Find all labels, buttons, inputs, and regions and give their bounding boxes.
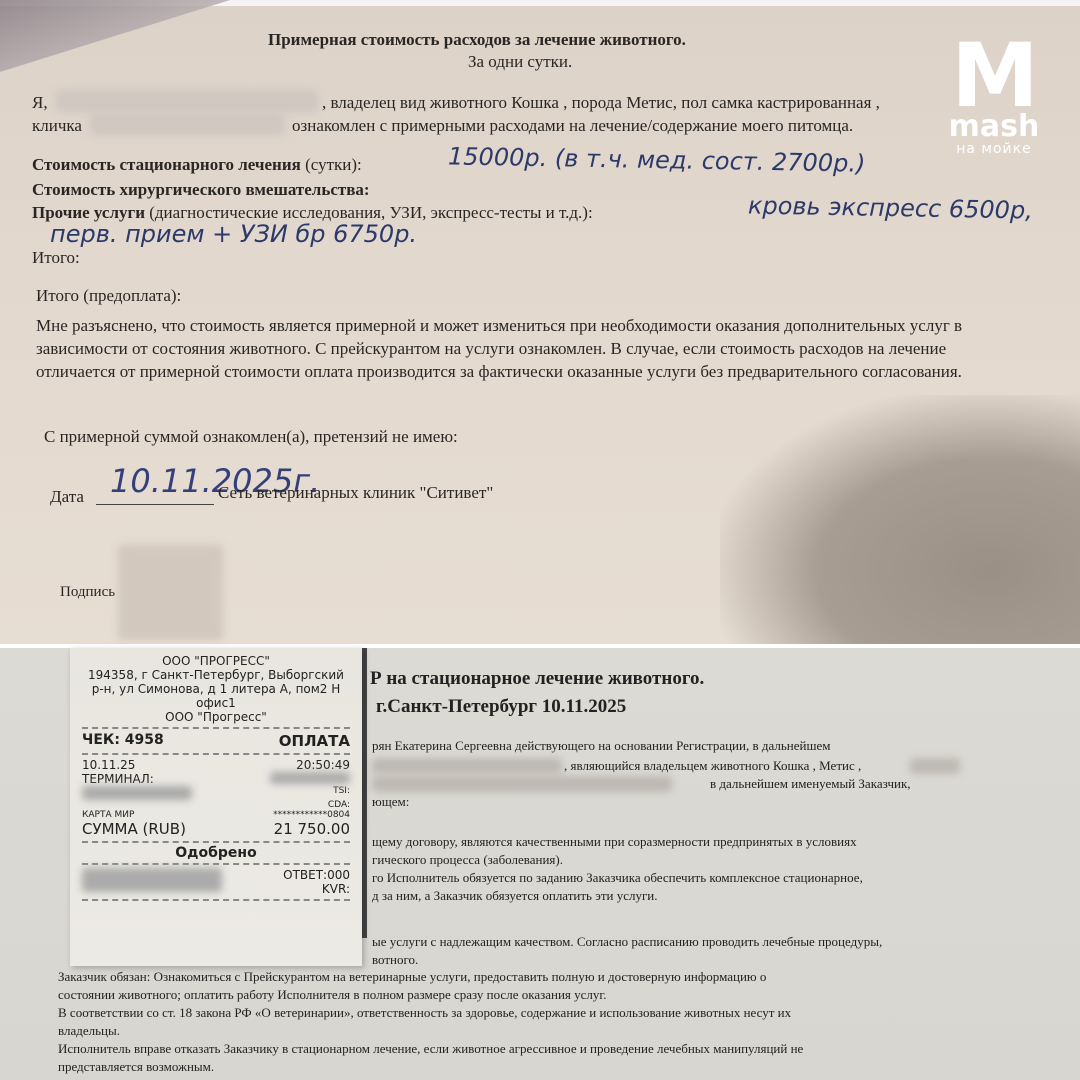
receipt-datetime-row: 10.11.25 20:50:49 <box>70 758 362 772</box>
contract-line: представляется возможным. <box>58 1059 214 1075</box>
card-label: КАРТА МИР <box>82 810 134 820</box>
owner-line: , владелец вид животного Кошка , порода … <box>322 93 880 113</box>
inpatient-handwritten: 15000р. (в т.ч. мед. сост. 2700р.) <box>448 142 866 177</box>
receipt-card-row: КАРТА МИР ************0804 <box>70 810 362 820</box>
contract-line: гического процесса (заболевания). <box>372 852 563 868</box>
receipt-tsi-row: TSI: <box>70 786 362 800</box>
mash-logo-icon: M <box>938 36 1050 116</box>
tsi: TSI: <box>333 786 350 800</box>
redacted-merchant <box>82 786 192 800</box>
mash-brand: mash <box>938 112 1050 142</box>
receipt-address-1: 194358, г Санкт-Петербург, Выборгский <box>70 668 362 682</box>
sum-value: 21 750.00 <box>274 820 350 838</box>
owner-prefix: Я, <box>32 93 48 113</box>
receipt-cda-row: CDA: <box>70 800 362 810</box>
contract-line: Заказчик обязан: Ознакомиться с Прейскур… <box>58 969 766 985</box>
acknowledgement: С примерной суммой ознакомлен(а), претен… <box>44 427 458 447</box>
cda: CDA: <box>328 800 350 810</box>
divider <box>82 863 350 865</box>
receipt-check-row: ЧЕК: 4958 ОПЛАТА <box>70 732 362 750</box>
divider <box>82 727 350 729</box>
receipt-edge-shadow <box>362 648 367 938</box>
redacted-signature <box>118 545 223 640</box>
surgery-label: Стоимость хирургического вмешательства: <box>32 180 370 200</box>
contract-line: состоянии животного; оплатить работу Исп… <box>58 987 607 1003</box>
contract-line: ющем: <box>372 794 409 810</box>
receipt-sum-row: СУММА (RUB) 21 750.00 <box>70 820 362 838</box>
disclaimer-paragraph: Мне разъяснено, что стоимость является п… <box>36 314 976 383</box>
response-code: ОТВЕТ:000 <box>283 868 350 882</box>
cost-estimate-photo: Примерная стоимость расходов за лечение … <box>0 0 1080 644</box>
receipt-company-2: ООО "Прогресс" <box>70 710 362 724</box>
contract-line: щему договору, являются качественными пр… <box>372 834 857 850</box>
redacted-terminal <box>270 772 350 784</box>
contract-line: в дальнейшем именуемый Заказчик, <box>710 776 911 792</box>
redacted-text <box>372 758 562 774</box>
sum-label: СУММА (RUB) <box>82 820 186 838</box>
contract-line: ые услуги с надлежащим качеством. Соглас… <box>372 934 882 950</box>
hand-shadow <box>720 395 1080 644</box>
date-underline <box>96 504 214 505</box>
clinic-name: Сеть ветеринарных клиник "Ситивет" <box>218 483 493 503</box>
contract-line: владельцы. <box>58 1023 120 1039</box>
receipt-date: 10.11.25 <box>82 758 135 772</box>
payment-receipt: ООО "ПРОГРЕСС" 194358, г Санкт-Петербург… <box>70 648 362 966</box>
receipt-response-row: ОТВЕТ:000 KVR: <box>70 868 362 896</box>
redacted-auth <box>82 868 222 892</box>
other-handwritten-2: перв. прием + УЗИ бр 6750р. <box>50 220 417 248</box>
inpatient-suffix: (сутки): <box>305 155 362 174</box>
contract-line: , являющийся владельцем животного Кошка … <box>564 758 861 774</box>
contract-city-date: г.Санкт-Петербург 10.11.2025 <box>376 696 626 718</box>
signature-label: Подпись <box>60 584 115 601</box>
kvr: KVR: <box>322 882 350 896</box>
receipt-terminal-row: ТЕРМИНАЛ: <box>70 772 362 786</box>
divider <box>82 899 350 901</box>
approval-status: Одобрено <box>70 846 362 860</box>
redacted-pet-name <box>90 113 285 135</box>
contract-line: Исполнитель вправе отказать Заказчику в … <box>58 1041 803 1057</box>
other-handwritten-1: кровь экспресс 6500р, <box>748 192 1033 225</box>
contract-line: В соответствии со ст. 18 закона РФ «О ве… <box>58 1005 791 1021</box>
pet-name-line: ознакомлен с примерными расходами на леч… <box>292 116 853 136</box>
response-block: ОТВЕТ:000 KVR: <box>283 868 350 896</box>
receipt-time: 20:50:49 <box>296 758 350 772</box>
card-mask: ************0804 <box>273 810 350 820</box>
total-label: Итого: <box>32 248 80 268</box>
document-subtitle: За одни сутки. <box>468 52 572 72</box>
date-label: Дата <box>50 487 84 507</box>
mash-watermark: M mash на мойке <box>938 36 1050 156</box>
redacted-text <box>910 758 960 774</box>
check-number: ЧЕК: 4958 <box>82 732 164 750</box>
document-title: Примерная стоимость расходов за лечение … <box>268 30 686 50</box>
contract-title: Р на стационарное лечение животного. <box>370 668 704 690</box>
receipt-address-2: р-н, ул Симонова, д 1 литера А, пом2 Н <box>70 682 362 696</box>
receipt-company: ООО "ПРОГРЕСС" <box>70 654 362 668</box>
operation-type: ОПЛАТА <box>279 732 350 750</box>
contract-line: вотного. <box>372 952 418 968</box>
contract-line: рян Екатерина Сергеевна действующего на … <box>372 738 830 754</box>
terminal-label: ТЕРМИНАЛ: <box>82 772 154 786</box>
contract-line: го Исполнитель обязуется по заданию Зака… <box>372 870 863 886</box>
redacted-text <box>372 776 672 792</box>
inpatient-label: Стоимость стационарного лечения <box>32 155 301 174</box>
mash-tagline: на мойке <box>938 142 1050 156</box>
contract-line: д за ним, а Заказчик обязуется оплатить … <box>372 888 658 904</box>
page-fold <box>0 0 230 90</box>
redacted-owner-name <box>56 90 318 112</box>
divider <box>82 841 350 843</box>
total-prepay-label: Итого (предоплата): <box>36 286 181 306</box>
pet-name-prefix: кличка <box>32 116 82 136</box>
inpatient-row: Стоимость стационарного лечения (сутки): <box>32 155 362 175</box>
receipt-address-3: офис1 <box>70 696 362 710</box>
divider <box>82 753 350 755</box>
